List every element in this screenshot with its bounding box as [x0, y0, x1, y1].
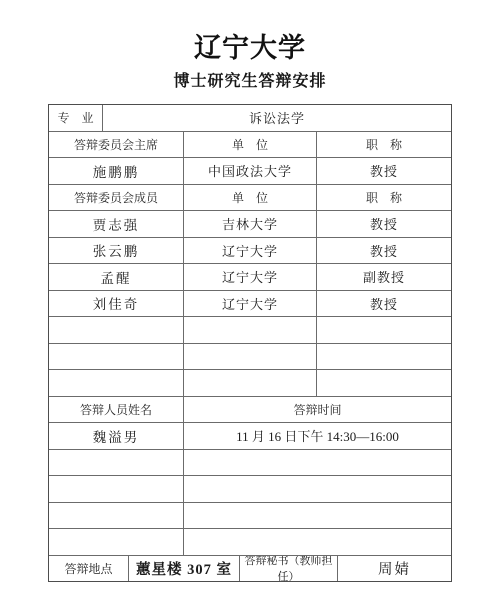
member-unit: 辽宁大学 [184, 264, 317, 290]
location-label: 答辩地点 [49, 556, 129, 582]
table-row-member: 孟醒 辽宁大学 副教授 [49, 264, 451, 291]
chair-name: 施鹏鹏 [49, 158, 184, 184]
member-name: 孟醒 [49, 264, 184, 290]
location-value: 蕙星楼 307 室 [129, 556, 240, 582]
table-row-member: 张云鹏 辽宁大学 教授 [49, 238, 451, 265]
table-row-defender-header: 答辩人员姓名 答辩时间 [49, 397, 451, 424]
member-unit [184, 370, 317, 396]
defender-name [49, 450, 184, 476]
secretary-value: 周婧 [338, 556, 451, 582]
table-row-member: 刘佳奇 辽宁大学 教授 [49, 291, 451, 318]
table-row-chair: 施鹏鹏 中国政法大学 教授 [49, 158, 451, 185]
member-unit: 辽宁大学 [184, 291, 317, 317]
member-unit: 辽宁大学 [184, 238, 317, 264]
member-unit: 吉林大学 [184, 211, 317, 237]
member-title: 教授 [317, 211, 451, 237]
defender-name [49, 476, 184, 502]
defender-header-time: 答辩时间 [184, 397, 451, 423]
defender-time: 11 月 16 日下午 14:30—16:00 [184, 423, 451, 449]
major-label: 专 业 [49, 105, 103, 131]
member-header-title: 职 称 [317, 185, 451, 211]
defender-name [49, 503, 184, 529]
table-row-member-header: 答辩委员会成员 单 位 职 称 [49, 185, 451, 212]
member-title: 教授 [317, 291, 451, 317]
table-row-defender-empty [49, 529, 451, 556]
member-unit [184, 344, 317, 370]
defender-name [49, 529, 184, 555]
page-subtitle: 博士研究生答辩安排 [0, 68, 500, 91]
member-title: 教授 [317, 238, 451, 264]
chair-header-title: 职 称 [317, 132, 451, 158]
table-row-member-empty [49, 317, 451, 344]
member-header-role: 答辩委员会成员 [49, 185, 184, 211]
defender-time [184, 450, 451, 476]
table-row-member-empty [49, 344, 451, 371]
member-unit [184, 317, 317, 343]
major-value: 诉讼法学 [103, 105, 451, 131]
table-row-defender-empty [49, 450, 451, 477]
member-title [317, 370, 451, 396]
defense-schedule-table: 专 业 诉讼法学 答辩委员会主席 单 位 职 称 施鹏鹏 中国政法大学 教授 答… [48, 104, 452, 582]
page-title: 辽宁大学 [0, 26, 500, 65]
member-name [49, 344, 184, 370]
table-row-member-empty [49, 370, 451, 397]
member-title: 副教授 [317, 264, 451, 290]
table-row-defender-empty [49, 476, 451, 503]
chair-header-unit: 单 位 [184, 132, 317, 158]
member-header-unit: 单 位 [184, 185, 317, 211]
member-name [49, 317, 184, 343]
member-name: 张云鹏 [49, 238, 184, 264]
member-name: 贾志强 [49, 211, 184, 237]
member-name [49, 370, 184, 396]
chair-header-role: 答辩委员会主席 [49, 132, 184, 158]
table-row-chair-header: 答辩委员会主席 单 位 职 称 [49, 132, 451, 159]
defender-time [184, 529, 451, 555]
defender-time [184, 503, 451, 529]
defender-header-name: 答辩人员姓名 [49, 397, 184, 423]
table-row-major: 专 业 诉讼法学 [49, 105, 451, 132]
chair-title: 教授 [317, 158, 451, 184]
chair-unit: 中国政法大学 [184, 158, 317, 184]
table-row-member: 贾志强 吉林大学 教授 [49, 211, 451, 238]
member-name: 刘佳奇 [49, 291, 184, 317]
defender-time [184, 476, 451, 502]
table-row-footer: 答辩地点 蕙星楼 307 室 答辩秘书（教师担任） 周婧 [49, 556, 451, 582]
defender-name: 魏溢男 [49, 423, 184, 449]
table-row-defender-empty [49, 503, 451, 530]
table-row-defender: 魏溢男 11 月 16 日下午 14:30—16:00 [49, 423, 451, 450]
member-title [317, 344, 451, 370]
secretary-label: 答辩秘书（教师担任） [240, 556, 338, 582]
member-title [317, 317, 451, 343]
